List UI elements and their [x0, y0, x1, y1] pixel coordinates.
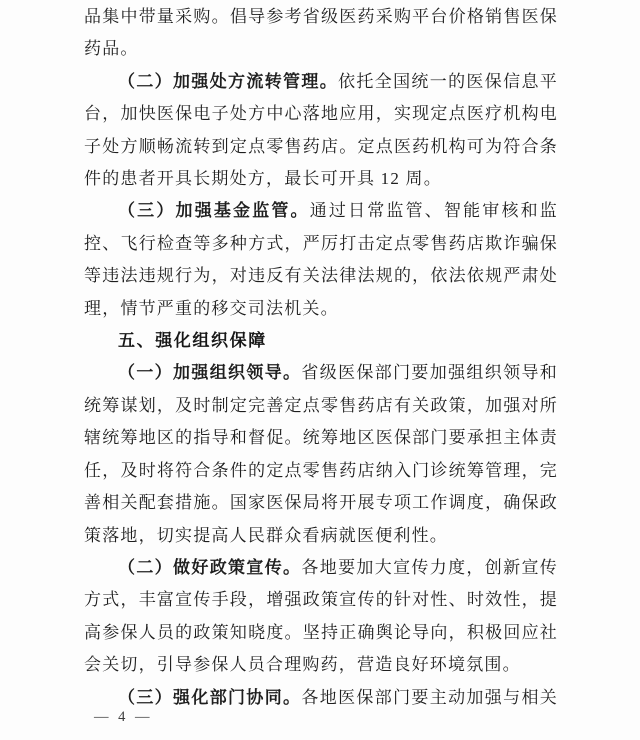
- paragraph-policy-publicity: （二）做好政策宣传。各地要加大宣传力度，创新宣传方式，丰富宣传手段，增强政策宣传…: [84, 552, 558, 682]
- paragraph-text: 品集中带量采购。倡导参考省级医药采购平台价格销售医保药品。: [84, 7, 558, 58]
- document-page: 品集中带量采购。倡导参考省级医药采购平台价格销售医保药品。 （二）加强处方流转管…: [0, 0, 640, 740]
- paragraph-lead: （一）加强组织领导。: [118, 363, 301, 382]
- paragraph-prescription-management: （二）加强处方流转管理。依托全国统一的医保信息平台，加快医保电子处方中心落地应用…: [84, 66, 558, 196]
- paragraph-text: 省级医保部门要加强组织领导和统筹谋划，及时制定完善定点零售药店有关政策，加强对所…: [84, 363, 558, 544]
- paragraph-lead: （二）加强处方流转管理。: [118, 72, 338, 91]
- paragraph-department-coordination: （三）强化部门协同。各地医保部门要主动加强与相关部门: [84, 682, 558, 711]
- paragraph-fund-supervision: （三）加强基金监管。通过日常监管、智能审核和监控、飞行检查等多种方式，严厉打击定…: [84, 195, 558, 325]
- paragraph-continuation: 品集中带量采购。倡导参考省级医药采购平台价格销售医保药品。: [84, 1, 558, 66]
- paragraph-organizational-leadership: （一）加强组织领导。省级医保部门要加强组织领导和统筹谋划，及时制定完善定点零售药…: [84, 357, 558, 551]
- page-number: — 4 —: [94, 709, 153, 726]
- section-heading: 五、强化组织保障: [84, 325, 558, 357]
- paragraph-lead: （三）强化部门协同。: [118, 688, 301, 707]
- paragraph-lead: （三）加强基金监管。: [118, 201, 310, 220]
- paragraph-lead: （二）做好政策宣传。: [118, 558, 301, 577]
- document-body: 品集中带量采购。倡导参考省级医药采购平台价格销售医保药品。 （二）加强处方流转管…: [84, 1, 558, 711]
